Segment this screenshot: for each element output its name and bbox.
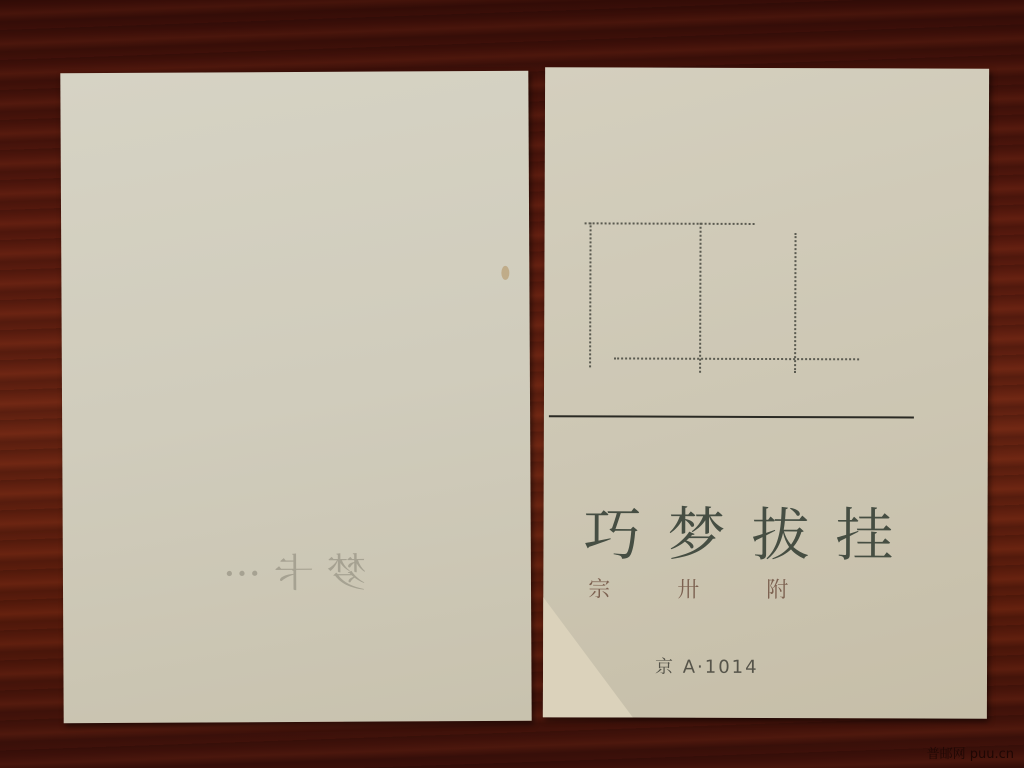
- right-paper-sheet: 巧 梦 拔 挂 宗 卅 附 京 A·1014: [543, 67, 989, 719]
- catalog-code: 京 A·1014: [655, 653, 759, 679]
- title-char: 拔: [751, 488, 809, 572]
- stamp-placement-outline: [584, 222, 859, 363]
- title-char: 挂: [835, 488, 893, 572]
- handwritten-title: 巧 梦 拔 挂: [583, 487, 893, 572]
- stain: [501, 266, 509, 280]
- showthrough-text: 梦 卡 ···: [223, 542, 367, 600]
- folded-corner: [543, 597, 633, 717]
- watermark: 普邮网 puu.cn: [927, 743, 1014, 762]
- left-paper-sheet: 梦 卡 ···: [60, 71, 531, 723]
- title-char: 梦: [667, 488, 725, 572]
- divider-line: [549, 415, 914, 418]
- subtitle-char: 附: [766, 573, 788, 604]
- title-char: 巧: [583, 487, 641, 571]
- subtitle-char: 卅: [677, 573, 699, 604]
